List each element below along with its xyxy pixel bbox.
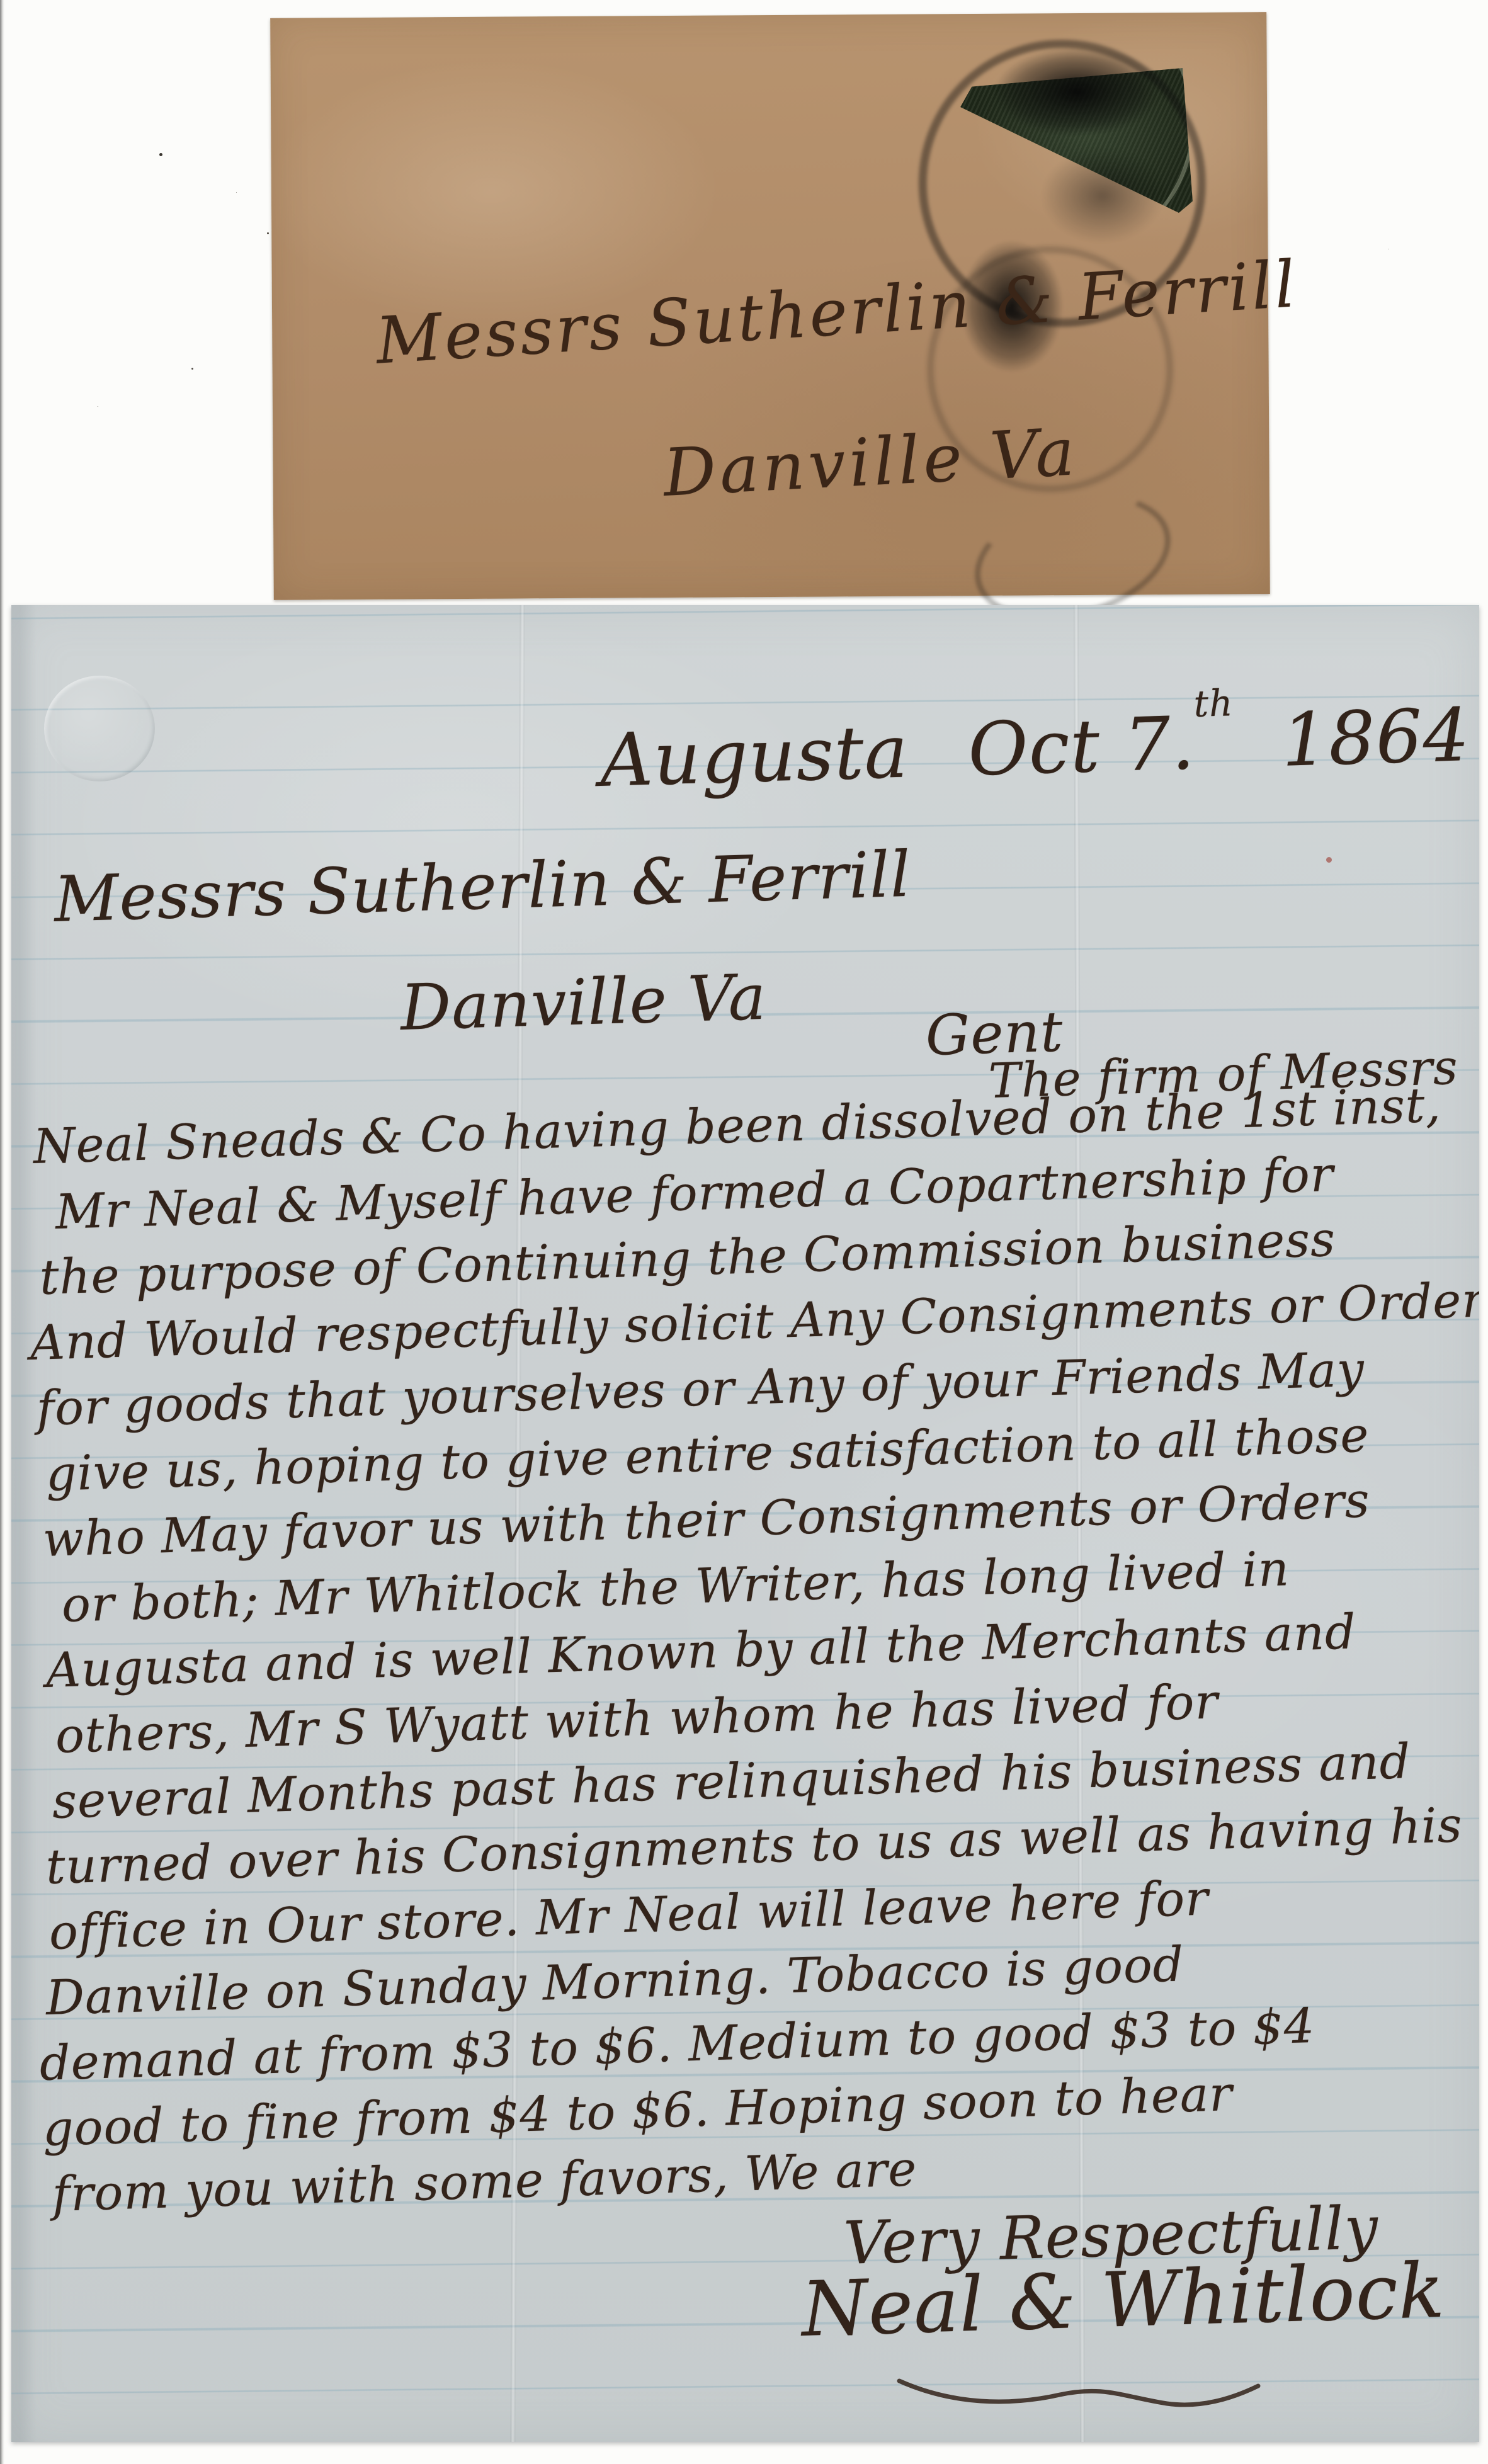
scanned-document-page: Messrs Sutherlin & Ferrill Danville Va A…	[0, 0, 1488, 2464]
scanner-edge-shadow	[0, 0, 4, 2464]
envelope-address-line-2: Danville Va	[661, 413, 1079, 511]
stamp-inner-arc	[960, 68, 1193, 214]
signature: Neal & Whitlock	[800, 2254, 1446, 2348]
letter-handwriting: AugustaOct 7.th1864 Messrs Sutherlin & F…	[11, 605, 1479, 2442]
letter-address-line-2: Danville Va	[400, 966, 768, 1040]
signature-flourish	[896, 2362, 1261, 2412]
letter-address-line-1: Messrs Sutherlin & Ferrill	[54, 843, 912, 931]
envelope-address-line-1: Messrs Sutherlin & Ferrill	[374, 247, 1300, 379]
letter-body-line: from you with some favors, We are	[52, 2145, 917, 2218]
dateline-date: Oct 7.	[967, 701, 1196, 793]
envelope: Messrs Sutherlin & Ferrill Danville Va	[270, 12, 1270, 600]
dust-specks	[159, 153, 162, 156]
letter-page: AugustaOct 7.th1864 Messrs Sutherlin & F…	[11, 605, 1479, 2442]
bisected-stamp-icon	[960, 68, 1193, 214]
dateline: AugustaOct 7.th1864	[599, 699, 1471, 798]
dateline-year: 1864	[1280, 693, 1471, 783]
dateline-place: Augusta	[599, 710, 910, 803]
dateline-ordinal: th	[1193, 681, 1234, 725]
